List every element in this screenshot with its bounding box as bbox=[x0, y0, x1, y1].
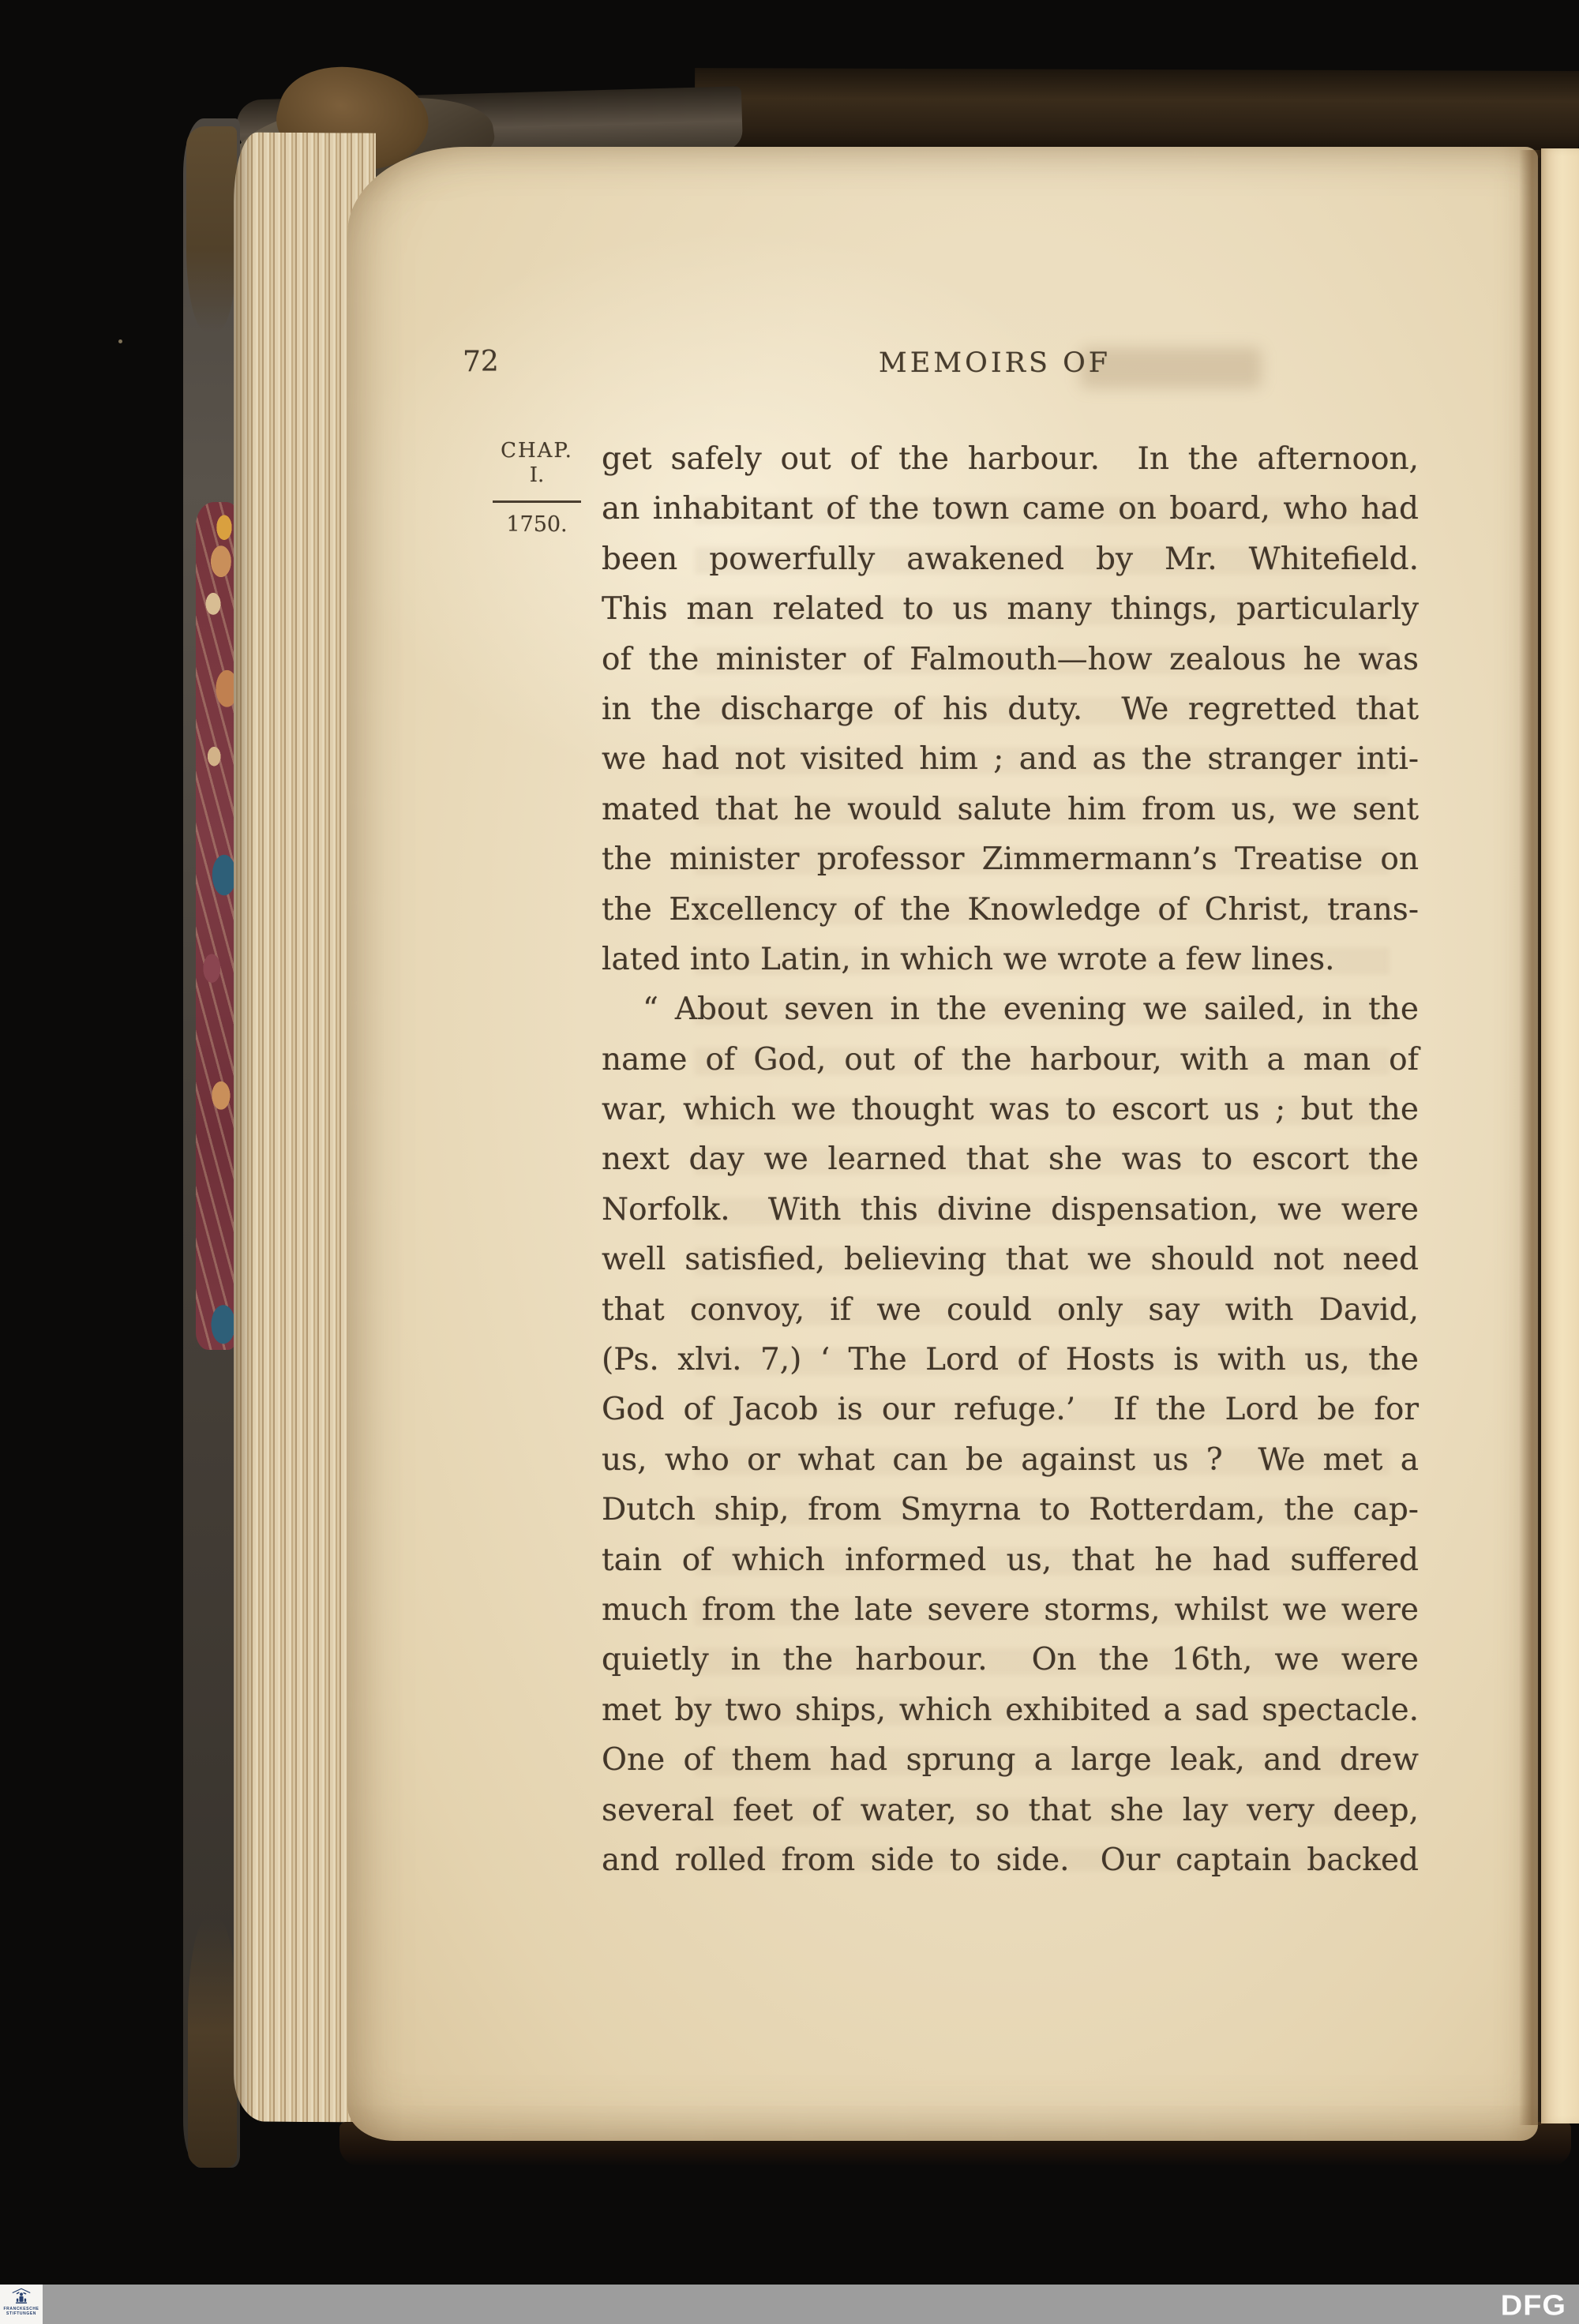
provenance-stamp: FRANCKESCHE STIFTUNGEN bbox=[0, 2285, 43, 2324]
body-text: get safely out of the harbour. In the af… bbox=[602, 434, 1419, 1885]
body-line: met by two ships, which exhibited a sad … bbox=[602, 1685, 1419, 1735]
body-line: One of them had sprung a large leak, and… bbox=[602, 1735, 1419, 1785]
scan-background: 72 MEMOIRS OF CHAP. I. 1750. get safely … bbox=[0, 0, 1579, 2324]
body-line: that convoy, if we could only say with D… bbox=[602, 1285, 1419, 1335]
body-line: in the discharge of his duty. We regrett… bbox=[602, 684, 1419, 734]
chapter-numeral: I. bbox=[471, 463, 603, 488]
franckesche-stiftungen-logo bbox=[9, 2287, 33, 2306]
running-title: MEMOIRS OF bbox=[758, 347, 1232, 379]
body-line: well satisfied, believing that we should… bbox=[602, 1235, 1419, 1284]
body-line: get safely out of the harbour. In the af… bbox=[602, 434, 1419, 484]
body-line: an inhabitant of the town came on board,… bbox=[602, 484, 1419, 534]
body-line: the Excellency of the Knowledge of Chris… bbox=[602, 885, 1419, 935]
body-line: mated that he would salute him from us, … bbox=[602, 785, 1419, 834]
body-line: next day we learned that she was to esco… bbox=[602, 1134, 1419, 1184]
chapter-note: CHAP. I. 1750. bbox=[471, 439, 603, 537]
body-line: God of Jacob is our refuge.’ If the Lord… bbox=[602, 1385, 1419, 1434]
body-line: “ About seven in the evening we sailed, … bbox=[602, 984, 1419, 1034]
dust-speck bbox=[118, 339, 122, 343]
spine-wear-bottom bbox=[188, 1918, 237, 2168]
stamp-text-line2: STIFTUNGEN bbox=[0, 2311, 43, 2316]
body-line: name of God, out of the harbour, with a … bbox=[602, 1035, 1419, 1085]
body-line: lated into Latin, in which we wrote a fe… bbox=[602, 935, 1419, 984]
dfg-logo: DFG bbox=[1501, 2290, 1566, 2322]
body-line: war, which we thought was to escort us ;… bbox=[602, 1085, 1419, 1134]
body-line: we had not visited him ; and as the stra… bbox=[602, 734, 1419, 784]
body-line: Dutch ship, from Smyrna to Rotterdam, th… bbox=[602, 1485, 1419, 1535]
spine-wear-top bbox=[186, 126, 237, 332]
body-line: several feet of water, so that she lay v… bbox=[602, 1786, 1419, 1835]
body-line: This man related to us many things, part… bbox=[602, 584, 1419, 634]
body-line: quietly in the harbour. On the 16th, we … bbox=[602, 1635, 1419, 1685]
book-top-board-edge bbox=[695, 68, 1579, 158]
body-line: much from the late severe storms, whilst… bbox=[602, 1585, 1419, 1635]
body-line: the minister professor Zimmermann’s Trea… bbox=[602, 834, 1419, 884]
page-number: 72 bbox=[463, 346, 499, 378]
body-line: and rolled from side to side. Our captai… bbox=[602, 1835, 1419, 1885]
gutter-crease bbox=[1519, 150, 1543, 2125]
chapter-divider bbox=[493, 500, 581, 503]
footer-bar bbox=[0, 2285, 1579, 2324]
body-line: (Ps. xlvi. 7,) ‘ The Lord of Hosts is wi… bbox=[602, 1335, 1419, 1385]
year-label: 1750. bbox=[471, 513, 603, 537]
body-line: tain of which informed us, that he had s… bbox=[602, 1535, 1419, 1585]
body-line: of the minister of Falmouth—how zealous … bbox=[602, 635, 1419, 684]
body-line: us, who or what can be against us ? We m… bbox=[602, 1435, 1419, 1485]
body-line: Norfolk. With this divine dispensation, … bbox=[602, 1185, 1419, 1235]
chapter-label: CHAP. bbox=[471, 439, 603, 463]
body-line: been powerfully awakened by Mr. Whitefie… bbox=[602, 534, 1419, 584]
facing-page-sliver bbox=[1541, 148, 1579, 2123]
